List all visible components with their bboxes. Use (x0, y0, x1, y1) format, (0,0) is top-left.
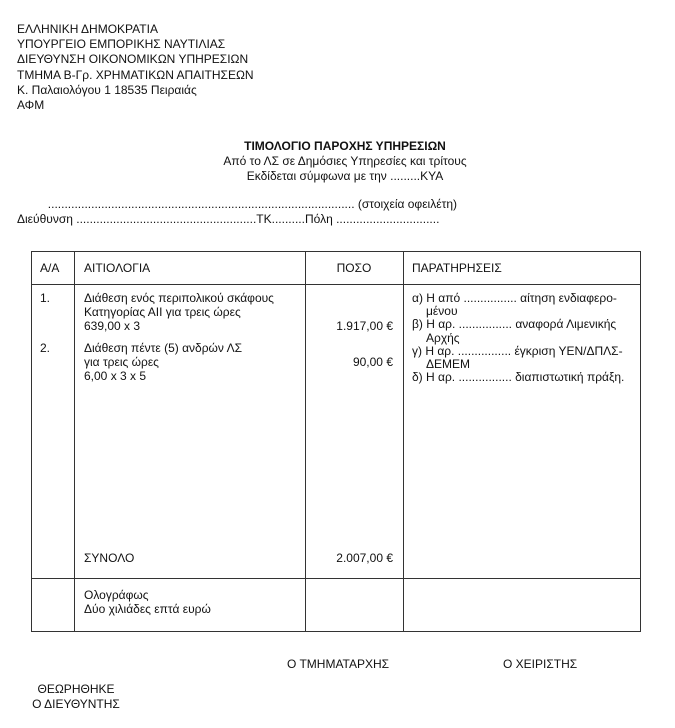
signature-director: ΘΕΩΡΗΘΗΚΕ Ο ΔΙΕΥΘΥΝΤΗΣ (30, 682, 122, 712)
issuer-line: Κ. Παλαιολόγου 1 18535 Πειραιάς (17, 83, 254, 98)
column-divider (74, 252, 75, 631)
column-divider (305, 252, 306, 631)
row-2-reason: Διάθεση πέντε (5) ανδρών ΛΣ για τρεις ώρ… (84, 341, 242, 383)
row-2-aa: 2. (40, 341, 50, 355)
invoice-table: Α/Α ΑΙΤΙΟΛΟΓΙΑ ΠΟΣΟ ΠΑΡΑΤΗΡΗΣΕΙΣ 1. Διάθ… (31, 251, 641, 632)
remark-b-cont: Αρχής (412, 332, 624, 345)
document-subtitle: Από το ΛΣ σε Δημόσιες Υπηρεσίες και τρίτ… (180, 154, 510, 169)
reason-line: 6,00 x 3 x 5 (84, 369, 242, 383)
amount-in-words: Ολογράφως Δύο χιλιάδες επτά ευρώ (84, 588, 211, 616)
issuer-header: ΕΛΛΗΝΙΚΗ ΔΗΜΟΚΡΑΤΙΑ ΥΠΟΥΡΓΕΙΟ ΕΜΠΟΡΙΚΗΣ … (17, 22, 254, 113)
header-amount: ΠΟΣΟ (305, 261, 403, 275)
issuer-line: ΕΛΛΗΝΙΚΗ ΔΗΜΟΚΡΑΤΙΑ (17, 22, 254, 37)
issuer-line: ΔΙΕΥΘΥΝΣΗ ΟΙΚΟΝΟΜΙΚΩΝ ΥΠΗΡΕΣΙΩΝ (17, 52, 254, 67)
debtor-details: ........................................… (17, 197, 457, 227)
remark-d: δ) Η αρ. ................ διαπιστωτική π… (412, 371, 624, 384)
reason-line: 639,00 x 3 (84, 319, 274, 333)
reason-line: για τρεις ώρες (84, 355, 242, 369)
header-divider (32, 284, 640, 285)
reason-line: Διάθεση ενός περιπολικού σκάφους (84, 291, 274, 305)
row-1-reason: Διάθεση ενός περιπολικού σκάφους Κατηγορ… (84, 291, 274, 333)
issuer-line: ΥΠΟΥΡΓΕΙΟ ΕΜΠΟΡΙΚΗΣ ΝΑΥΤΙΛΙΑΣ (17, 37, 254, 52)
director-label: Ο ΔΙΕΥΘΥΝΤΗΣ (30, 697, 122, 712)
reason-line: Κατηγορίας ΑΙΙ για τρεις ώρες (84, 305, 274, 319)
header-aa: Α/Α (40, 261, 59, 275)
approved-label: ΘΕΩΡΗΘΗΚΕ (30, 682, 122, 697)
debtor-name-line: ........................................… (17, 197, 457, 212)
total-label: ΣΥΝΟΛΟ (84, 551, 134, 565)
document-title: ΤΙΜΟΛΟΓΙΟ ΠΑΡΟΧΗΣ ΥΠΗΡΕΣΙΩΝ (180, 139, 510, 154)
total-amount: 2.007,00 € (305, 551, 393, 565)
row-1-aa: 1. (40, 291, 50, 305)
row-2-amount: 90,00 € (305, 355, 393, 369)
document-title-block: ΤΙΜΟΛΟΓΙΟ ΠΑΡΟΧΗΣ ΥΠΗΡΕΣΙΩΝ Από το ΛΣ σε… (180, 139, 510, 184)
issuer-line: ΤΜΗΜΑ Β-Γρ. ΧΡΗΜΑΤΙΚΩΝ ΑΠΑΙΤΗΣΕΩΝ (17, 68, 254, 83)
document-legal-basis: Εκδίδεται σύμφωνα με την .........ΚΥΑ (180, 169, 510, 184)
total-divider (32, 578, 640, 579)
row-1-amount: 1.917,00 € (305, 319, 393, 333)
remarks-list: α) Η από ................ αίτηση ενδιαφε… (412, 292, 624, 384)
reason-line: Διάθεση πέντε (5) ανδρών ΛΣ (84, 341, 242, 355)
in-words-value: Δύο χιλιάδες επτά ευρώ (84, 602, 211, 616)
column-divider (403, 252, 404, 631)
signature-handler: Ο ΧΕΙΡΙΣΤΗΣ (503, 657, 577, 672)
in-words-label: Ολογράφως (84, 588, 211, 602)
remark-b: β) Η αρ. ................ αναφορά Λιμενι… (412, 318, 624, 331)
issuer-line: ΑΦΜ (17, 98, 254, 113)
header-remarks: ΠΑΡΑΤΗΡΗΣΕΙΣ (412, 261, 502, 275)
signature-section-head: Ο ΤΜΗΜΑΤΑΡΧΗΣ (287, 657, 389, 672)
header-reason: ΑΙΤΙΟΛΟΓΙΑ (84, 261, 150, 275)
debtor-address-line: Διεύθυνση ..............................… (17, 212, 457, 227)
